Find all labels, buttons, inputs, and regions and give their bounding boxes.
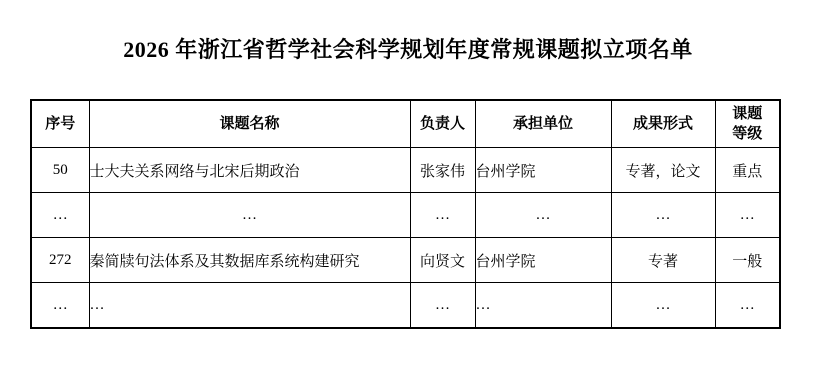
cell-result-form: 专著，论文 <box>611 148 715 193</box>
cell-project-name: … <box>89 283 410 329</box>
cell-leader: 向贤文 <box>410 238 475 283</box>
header-cell-leader: 负责人 <box>410 100 475 148</box>
cell-project-level: 一般 <box>715 238 780 283</box>
cell-leader: … <box>410 283 475 329</box>
table-row-ellipsis: … … … … … … <box>31 193 780 238</box>
cell-institution: … <box>475 193 611 238</box>
cell-project-level: … <box>715 193 780 238</box>
cell-leader: … <box>410 193 475 238</box>
header-row: 序号 课题名称 负责人 承担单位 成果形式 课题 等级 <box>31 100 780 148</box>
cell-institution: 台州学院 <box>475 148 611 193</box>
header-cell-institution: 承担单位 <box>475 100 611 148</box>
table-row: 50 士大夫关系网络与北宋后期政治 张家伟 台州学院 专著，论文 重点 <box>31 148 780 193</box>
cell-institution: 台州学院 <box>475 238 611 283</box>
cell-result-form: 专著 <box>611 238 715 283</box>
cell-project-level: … <box>715 283 780 329</box>
cell-project-name: … <box>89 193 410 238</box>
cell-project-name: 秦简牍句法体系及其数据库系统构建研究 <box>89 238 410 283</box>
document-title: 2026 年浙江省哲学社会科学规划年度常规课题拟立项名单 <box>0 0 816 63</box>
cell-index: 272 <box>31 238 89 283</box>
table-row-ellipsis: … … … … … … <box>31 283 780 329</box>
cell-leader: 张家伟 <box>410 148 475 193</box>
table-row: 272 秦简牍句法体系及其数据库系统构建研究 向贤文 台州学院 专著 一般 <box>31 238 780 283</box>
header-cell-index: 序号 <box>31 100 89 148</box>
cell-index: … <box>31 283 89 329</box>
cell-result-form: … <box>611 193 715 238</box>
document-page: 2026 年浙江省哲学社会科学规划年度常规课题拟立项名单 序号 课题名称 负责人… <box>0 0 816 369</box>
cell-project-level: 重点 <box>715 148 780 193</box>
cell-index: … <box>31 193 89 238</box>
cell-institution: … <box>475 283 611 329</box>
cell-index: 50 <box>31 148 89 193</box>
projects-table: 序号 课题名称 负责人 承担单位 成果形式 课题 等级 50 士大夫关系网络与北… <box>30 99 781 329</box>
cell-project-name: 士大夫关系网络与北宋后期政治 <box>89 148 410 193</box>
header-cell-result-form: 成果形式 <box>611 100 715 148</box>
cell-result-form: … <box>611 283 715 329</box>
header-cell-project-name: 课题名称 <box>89 100 410 148</box>
header-cell-project-level: 课题 等级 <box>715 100 780 148</box>
